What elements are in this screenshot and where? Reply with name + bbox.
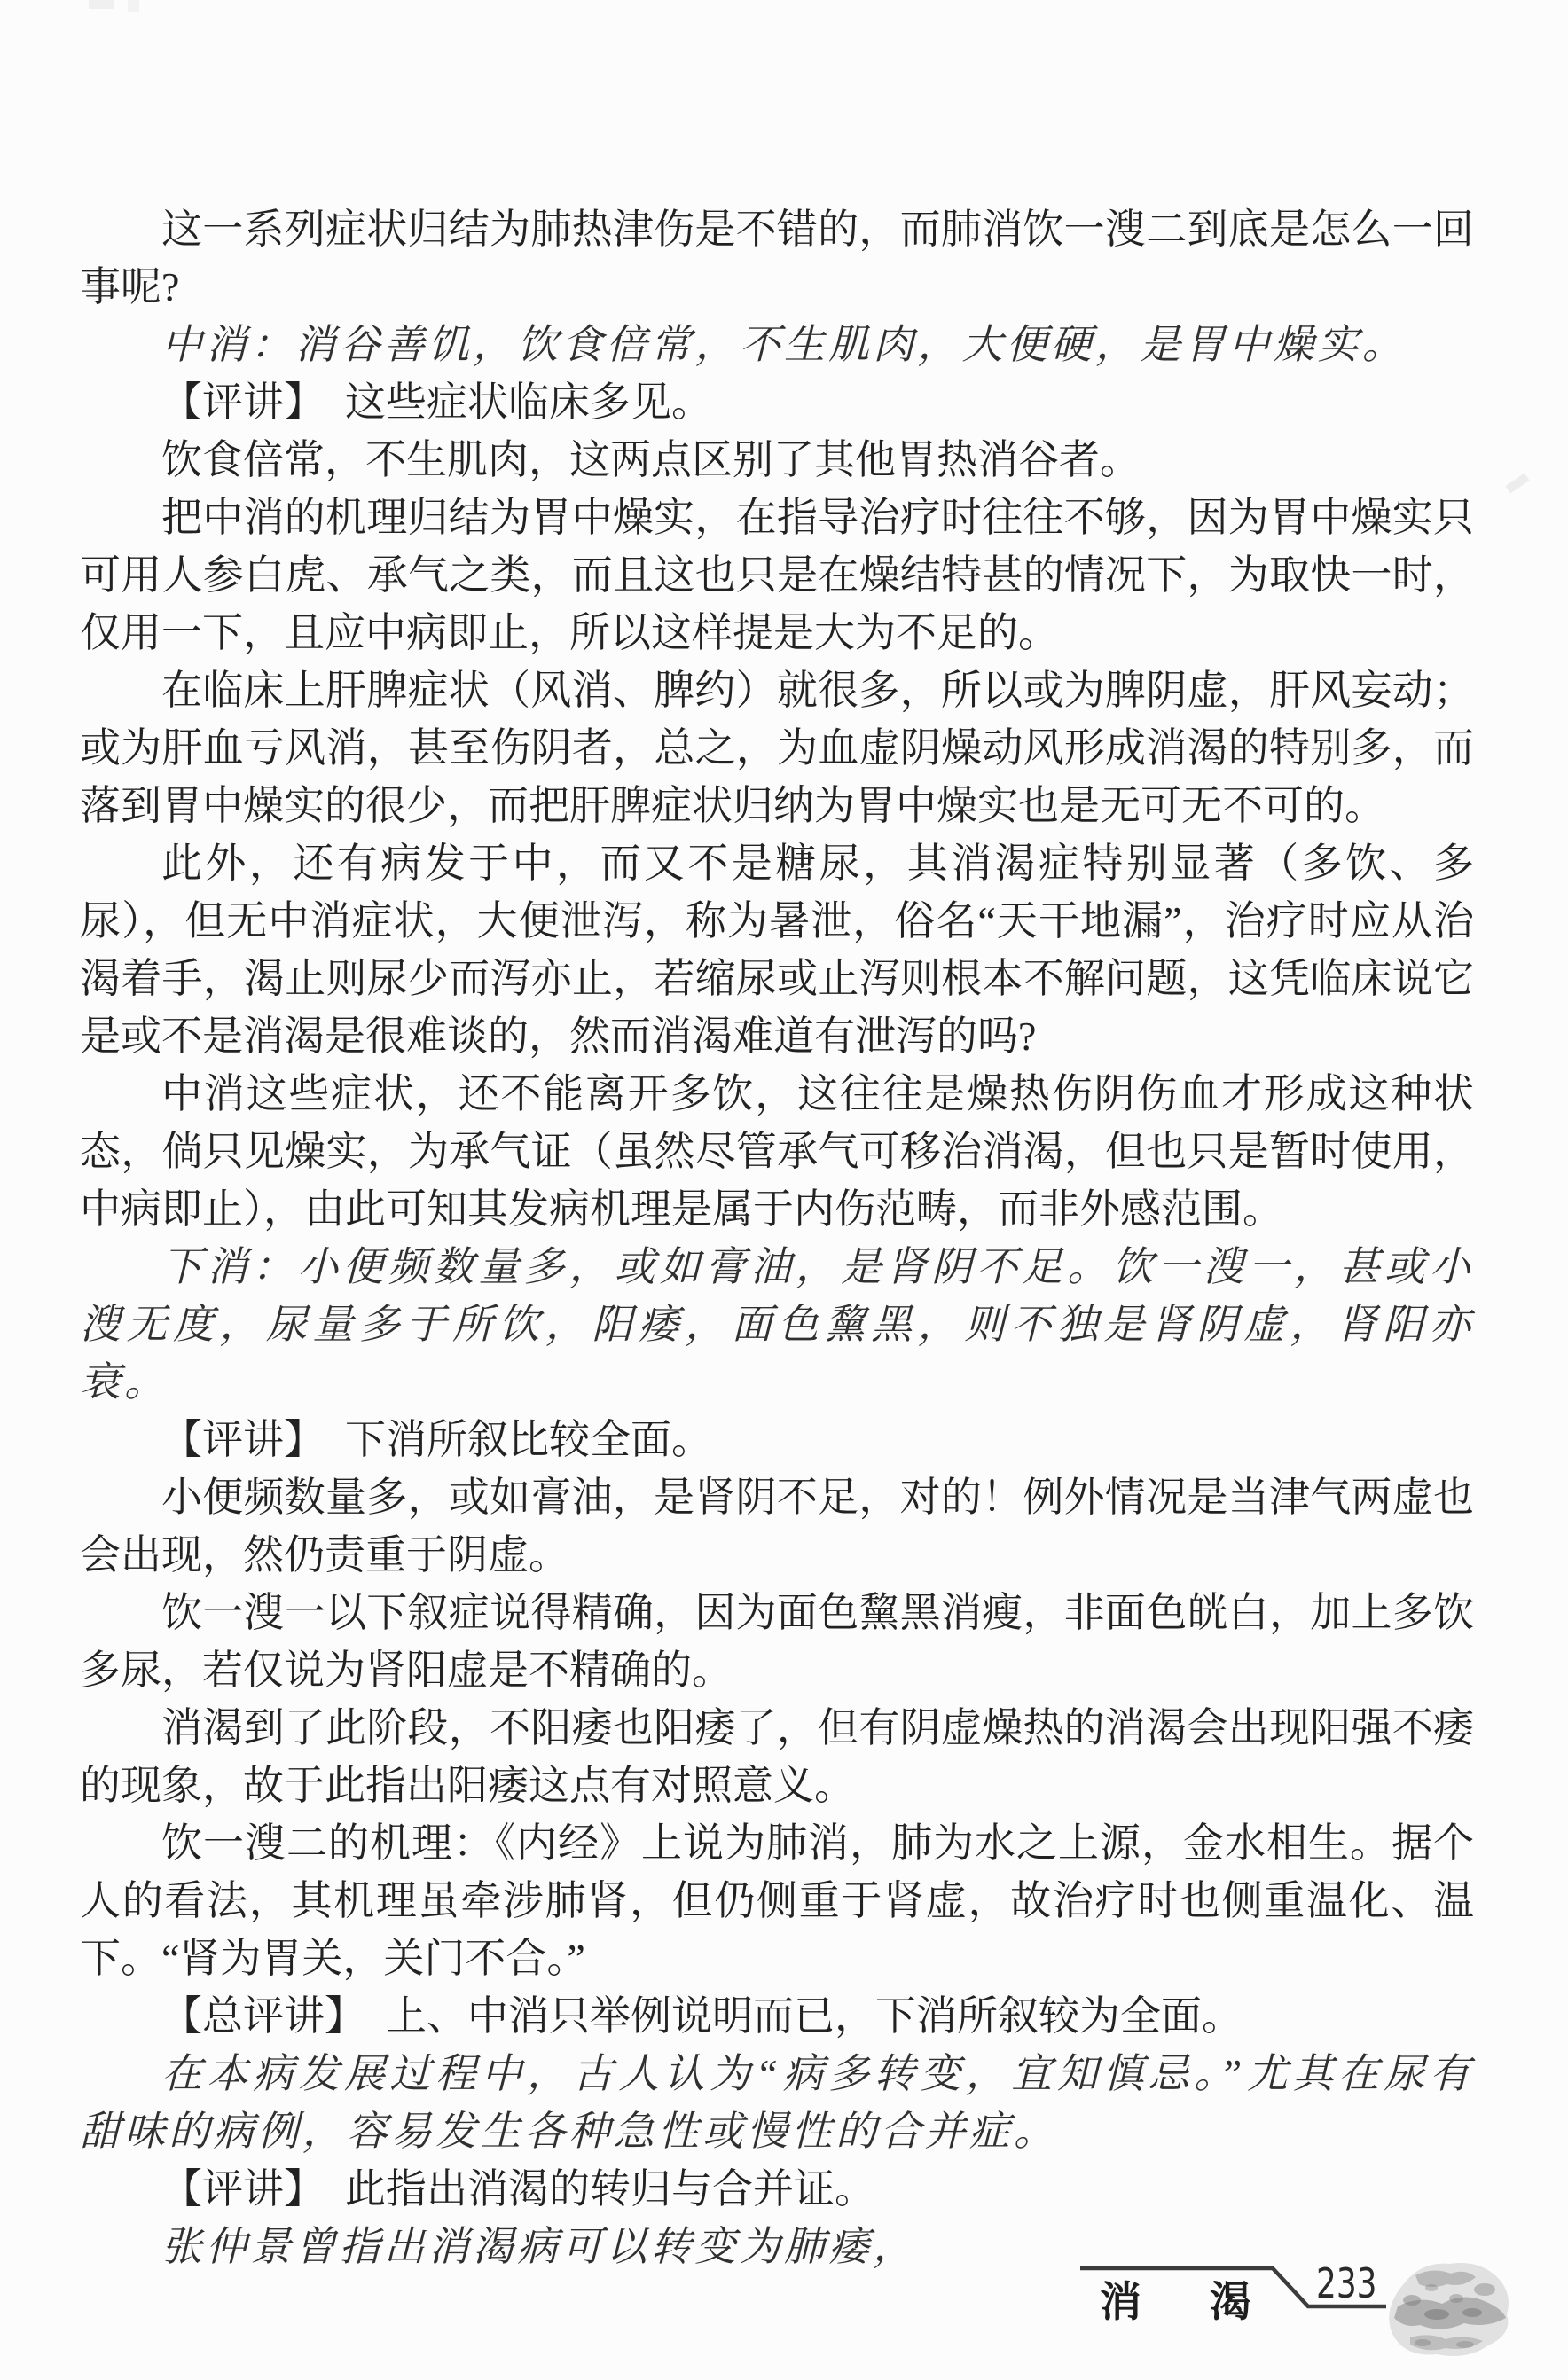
paragraph: 在临床上肝脾症状（风消、脾约）就很多，所以或为脾阴虚，肝风妄动；或为肝血亏风消，… (80, 662, 1474, 834)
text-column: 这一系列症状归结为肺热津伤是不错的，而肺消饮一溲二到底是怎么一回事呢? 中消：消… (80, 200, 1474, 2275)
scan-smudge (89, 0, 114, 9)
paragraph-source-quote: 下消：小便频数量多，或如膏油，是肾阴不足。饮一溲一，甚或小溲无度，尿量多于所饮，… (80, 1238, 1474, 1411)
paragraph: 中消这些症状，还不能离开多饮，这往往是燥热伤阴伤血才形成这种状态，倘只见燥实，为… (80, 1065, 1474, 1238)
section-title-char: 消 (1100, 2281, 1141, 2322)
paragraph-source-quote: 张仲景曾指出消渴病可以转变为肺痿， (80, 2218, 1474, 2275)
paragraph: 饮一溲二的机理：《内经》上说为肺消，肺为水之上源，金水相生。据个人的看法，其机理… (80, 1814, 1474, 1987)
paragraph-commentary: 【评讲】 这些症状临床多见。 (80, 373, 1474, 431)
paragraph: 小便频数量多，或如膏油，是肾阴不足，对的！例外情况是当津气两虚也会出现，然仍责重… (80, 1468, 1474, 1584)
section-title-char: 渴 (1210, 2281, 1251, 2322)
paragraph-source-quote: 在本病发展过程中，古人认为“病多转变，宜知慎忌。”尤其在尿有甜味的病例，容易发生… (80, 2045, 1474, 2160)
paragraph: 消渴到了此阶段，不阳痿也阳痿了，但有阴虚燥热的消渴会出现阳强不痿的现象，故于此指… (80, 1699, 1474, 1814)
paragraph-commentary: 【评讲】 此指出消渴的转归与合并证。 (80, 2160, 1474, 2218)
paragraph-commentary: 【评讲】 下消所叙比较全面。 (80, 1411, 1474, 1468)
paragraph: 这一系列症状归结为肺热津伤是不错的，而肺消饮一溲二到底是怎么一回事呢? (80, 200, 1474, 316)
paragraph: 此外，还有病发于中，而又不是糖尿，其消渴症特别显著（多饮、多尿），但无中消症状，… (80, 834, 1474, 1065)
scan-smudge (128, 0, 139, 12)
scan-smudge (1505, 473, 1529, 493)
paragraph-source-quote: 中消：消谷善饥，饮食倍常，不生肌肉，大便硬，是胃中燥实。 (80, 316, 1474, 373)
paragraph: 把中消的机理归结为胃中燥实，在指导治疗时往往不够，因为胃中燥实只可用人参白虎、承… (80, 489, 1474, 662)
paragraph-commentary: 【总评讲】 上、中消只举例说明而已，下消所叙较为全面。 (80, 1987, 1474, 2045)
paragraph: 饮食倍常，不生肌肉，这两点区别了其他胃热消谷者。 (80, 431, 1474, 489)
paragraph: 饮一溲一以下叙症说得精确，因为面色黧黑消瘦，非面色㿠白，加上多饮多尿，若仅说为肾… (80, 1584, 1474, 1699)
scanned-book-page: { "page": { "background_color": "#fcfcfc… (0, 0, 1568, 2380)
